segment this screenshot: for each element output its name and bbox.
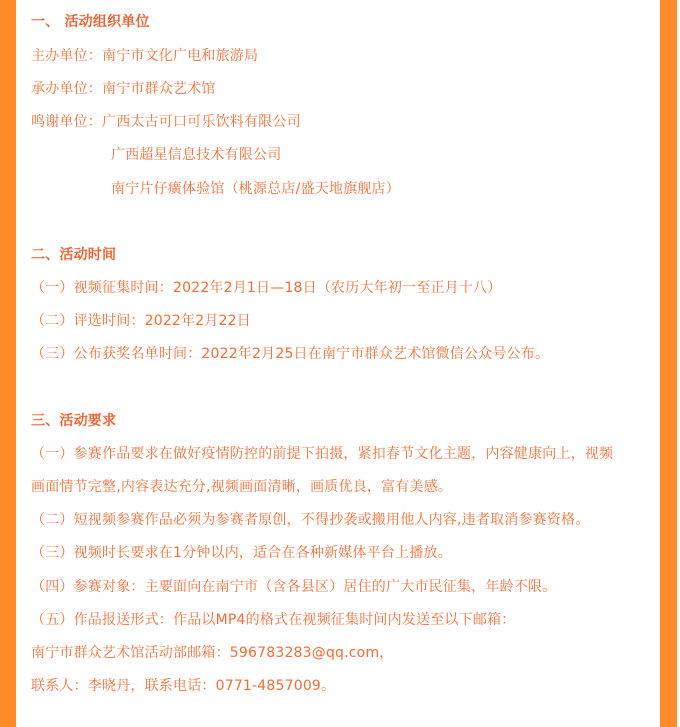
requirement-item-1-cont: 画面情节完整,内容表达充分,视频画面清晰，画质优良，富有美感。 <box>31 478 452 496</box>
thanks-unit-3: 南宁片仔癀体验馆（桃源总店/盛天地旗舰店） <box>111 180 400 198</box>
time-item-1: （一）视频征集时间：2022年2月1日—18日（农历大年初一至正月十八） <box>31 279 501 297</box>
requirement-item-5: （五）作品报送形式：作品以MP4的格式在视频征集时间内发送至以下邮箱： <box>31 611 515 629</box>
section-heading-time: 二、活动时间 <box>31 246 116 264</box>
article-content: 一、 活动组织单位 主办单位：南宁市文化广电和旅游局 承办单位：南宁市群众艺术馆… <box>16 0 660 727</box>
time-item-2: （二）评选时间：2022年2月22日 <box>31 312 251 330</box>
time-item-3: （三）公布获奖名单时间：2022年2月25日在南宁市群众艺术馆微信公众号公布。 <box>31 345 549 363</box>
thanks-unit-1: 鸣谢单位：广西太古可口可乐饮料有限公司 <box>31 113 301 131</box>
contact-email: 南宁市群众艺术馆活动部邮箱：596783283@qq.com， <box>31 644 394 662</box>
requirement-item-3: （三）视频时长要求在1分钟以内，适合在各种新媒体平台上播放。 <box>31 544 452 562</box>
section-heading-organizers: 一、 活动组织单位 <box>31 13 150 31</box>
thanks-unit-2: 广西超星信息技术有限公司 <box>111 146 281 164</box>
contact-person-phone: 联系人：李晓丹，联系电话：0771-4857009。 <box>31 677 335 695</box>
host-unit: 主办单位：南宁市文化广电和旅游局 <box>31 47 258 65</box>
organizer-unit: 承办单位：南宁市群众艺术馆 <box>31 80 216 98</box>
requirement-item-4: （四）参赛对象：主要面向在南宁市（含各县区）居住的广大市民征集，年龄不限。 <box>31 578 556 596</box>
requirement-item-2: （二）短视频参赛作品必须为参赛者原创，不得抄袭或搬用他人内容,违者取消参赛资格。 <box>31 511 589 529</box>
requirement-item-1: （一）参赛作品要求在做好疫情防控的前提下拍摄，紧扣春节文化主题，内容健康向上，视… <box>31 445 613 463</box>
section-heading-requirements: 三、活动要求 <box>31 412 116 430</box>
